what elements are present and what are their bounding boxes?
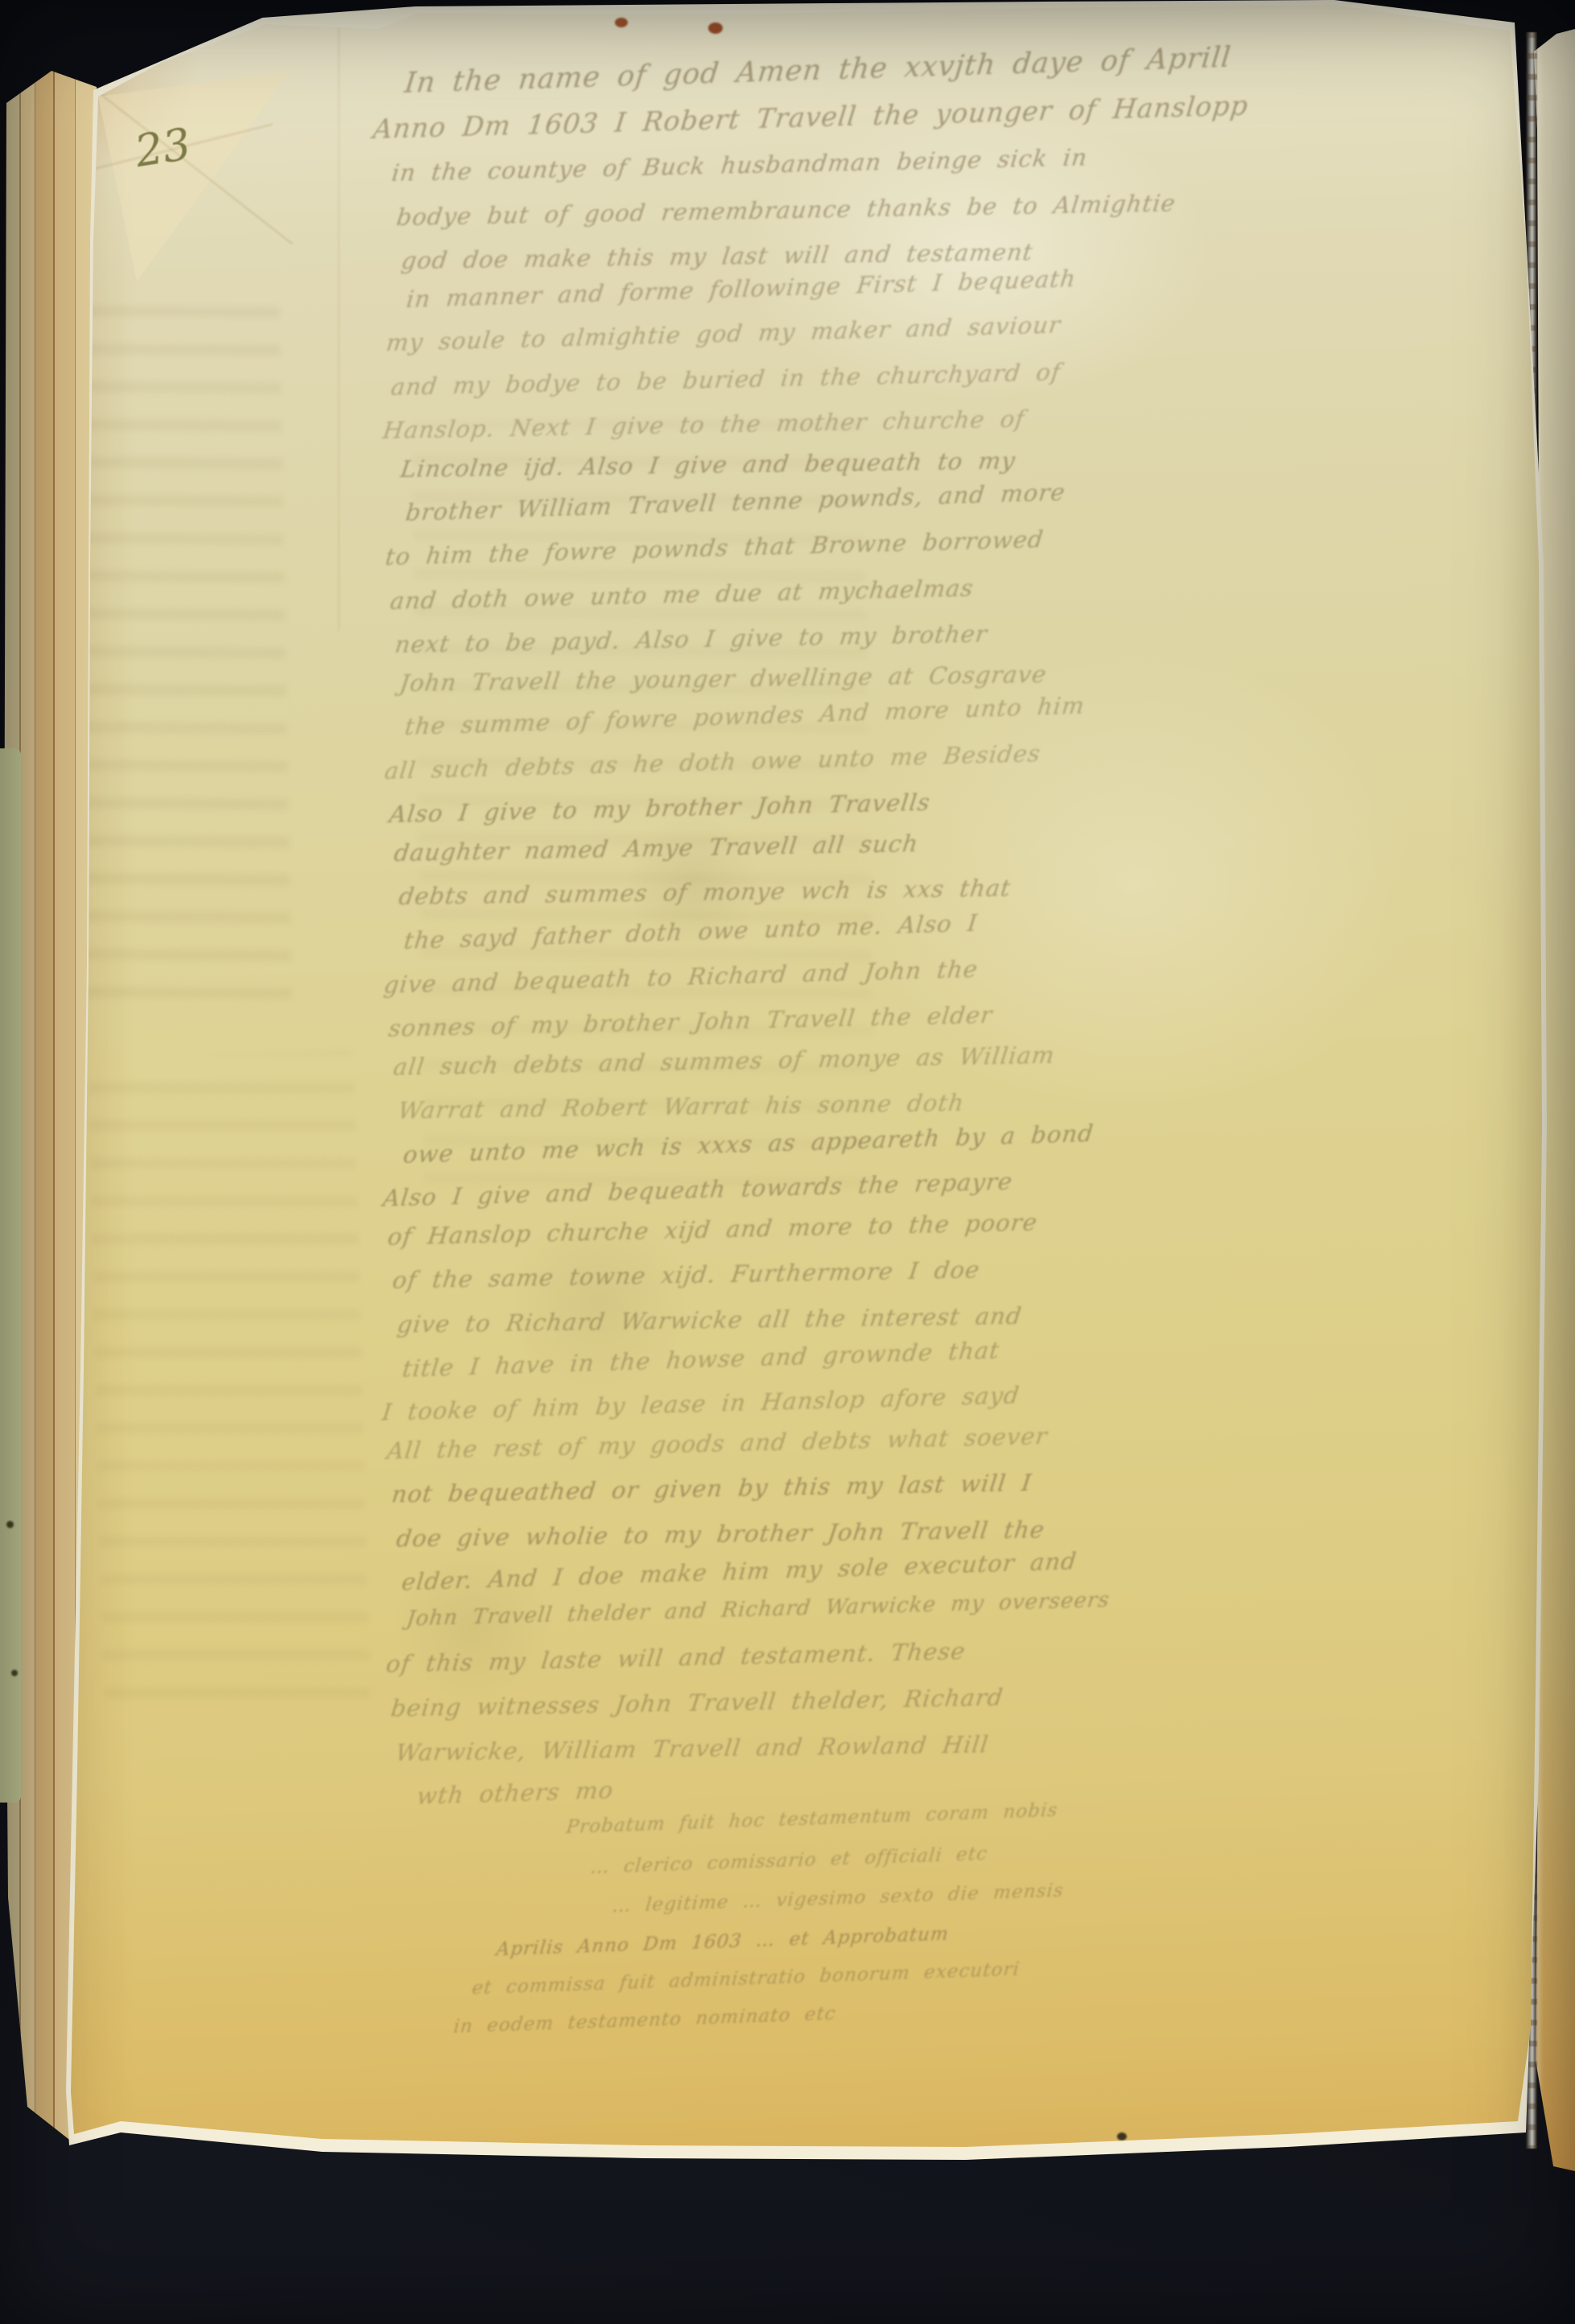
manuscript-line: and my bodye to be buried in the churchy…: [390, 358, 1062, 401]
manuscript-line: In the name of god Amen the xxvjth daye …: [403, 42, 1233, 100]
manuscript-line: my soule to almightie god my maker and s…: [385, 311, 1062, 357]
manuscript-line: All the rest of my goods and debts what …: [386, 1422, 1049, 1465]
dark-fleck: [11, 1670, 18, 1676]
rust-spot: [708, 23, 723, 34]
folio-number: 23: [131, 118, 194, 177]
dark-fleck: [6, 1521, 14, 1528]
manuscript-line: elder. And I doe make him my sole execut…: [400, 1547, 1078, 1596]
manuscript-line: being witnesses John Travell thelder, Ri…: [390, 1683, 1005, 1722]
manuscript-line: I tooke of him by lease in Hanslop afore…: [381, 1382, 1021, 1426]
rust-spot: [615, 18, 628, 27]
dog-ear-fold: [95, 71, 296, 288]
manuscript-line: of this my laste will and testament. The…: [385, 1638, 967, 1678]
manuscript-line: give to Richard Warwicke all the interes…: [396, 1302, 1024, 1338]
manuscript-line: doe give wholie to my brother John Trave…: [395, 1516, 1047, 1552]
probate-clause-line: Aprilis Anno Dm 1603 … et Approbatum: [495, 1923, 950, 1960]
vertical-fold-line: [338, 19, 340, 631]
manuscript-line: of the same towne xijd. Furthermore I do…: [391, 1256, 982, 1294]
green-leaf-sliver: [0, 748, 21, 1803]
manuscript-line: in the countye of Buck husbandman beinge…: [390, 143, 1089, 187]
probate-clause-line: et commissa fuit administratio bonorum e…: [471, 1959, 1020, 1999]
probate-clause-line: Probatum fuit hoc testamentum coram nobi…: [565, 1800, 1058, 1838]
manuscript-line: of Hanslop churche xijd and more to the …: [386, 1209, 1039, 1251]
probate-clause-line: … clerico comissario et officiali etc: [589, 1844, 988, 1878]
manuscript-line: title I have in the howse and grownde th…: [401, 1336, 1001, 1382]
leaf-edge: [35, 47, 55, 2149]
photo-of-manuscript: { "document": { "kind": "Photographed le…: [0, 0, 1575, 2324]
manuscript-line: Warwicke, William Travell and Rowland Hi…: [394, 1730, 991, 1766]
dark-fleck: [1117, 2132, 1127, 2141]
manuscript-line: not bequeathed or given by this my last …: [390, 1469, 1033, 1509]
manuscript-line: Anno Dm 1603 I Robert Travell the younge…: [372, 90, 1251, 145]
manuscript-page: 23 In the name of god Amen the xxvjth da…: [0, 0, 1575, 2324]
probate-clause-line: … legitime … vigesimo sexto die mensis: [611, 1880, 1065, 1916]
leaf-edge: [21, 47, 35, 2149]
manuscript-line: wth others mo: [415, 1777, 615, 1811]
ink-bleed-through: [88, 1051, 371, 1725]
manuscript-line: bodye but of good remembraunce thanks be…: [395, 189, 1177, 231]
probate-clause-line: in eodem testamento nominato etc: [452, 2003, 837, 2037]
manuscript-line: John Travell thelder and Richard Warwick…: [406, 1588, 1111, 1631]
